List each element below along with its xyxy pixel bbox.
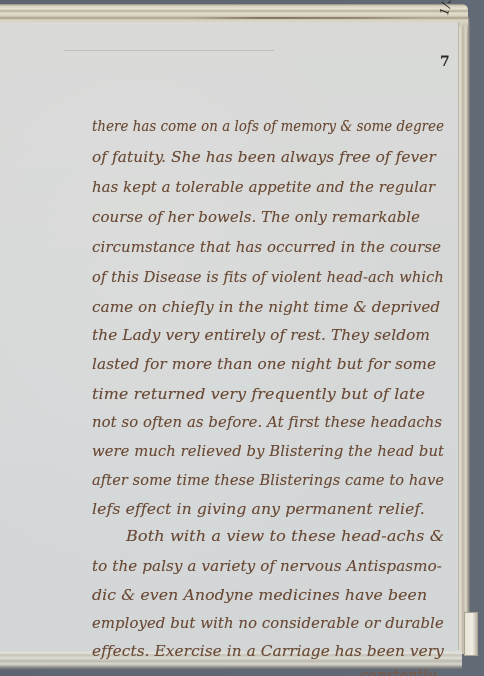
manuscript-text: there has come on a lofs of memory & som… — [0, 0, 484, 676]
manuscript-photo: 1/35 7 there has come on a lofs of memor… — [0, 0, 484, 676]
manuscript-line: employed but with no considerable or dur… — [92, 614, 444, 632]
manuscript-line: circumstance that has occurred in the co… — [92, 238, 441, 256]
manuscript-line: not so often as before. At first these h… — [92, 413, 442, 431]
manuscript-line: time returned very frequently but of lat… — [92, 385, 425, 403]
manuscript-line: lasted for more than one night but for s… — [92, 355, 436, 373]
manuscript-line: after some time these Blisterings came t… — [92, 471, 444, 489]
manuscript-line: of this Disease is fits of violent head-… — [92, 268, 444, 286]
manuscript-line: dic & even Anodyne medicines have been — [92, 586, 427, 604]
manuscript-line: to the palsy a variety of nervous Antisp… — [92, 557, 442, 575]
manuscript-line: course of her bowels. The only remarkabl… — [92, 208, 420, 226]
manuscript-line: were much relieved by Blistering the hea… — [92, 442, 444, 460]
manuscript-line: of fatuity. She has been always free of … — [92, 148, 436, 166]
manuscript-line: there has come on a lofs of memory & som… — [92, 117, 444, 135]
manuscript-line: lefs effect in giving any permanent reli… — [92, 500, 425, 518]
manuscript-line: the Lady very entirely of rest. They sel… — [92, 326, 430, 344]
manuscript-line: has kept a tolerable appetite and the re… — [92, 178, 435, 196]
manuscript-line: Both with a view to these head-achs & — [126, 527, 444, 545]
manuscript-line: came on chiefly in the night time & depr… — [92, 298, 440, 316]
manuscript-line: constantly — [360, 666, 436, 676]
manuscript-line: effects. Exercise in a Carriage has been… — [92, 642, 444, 660]
